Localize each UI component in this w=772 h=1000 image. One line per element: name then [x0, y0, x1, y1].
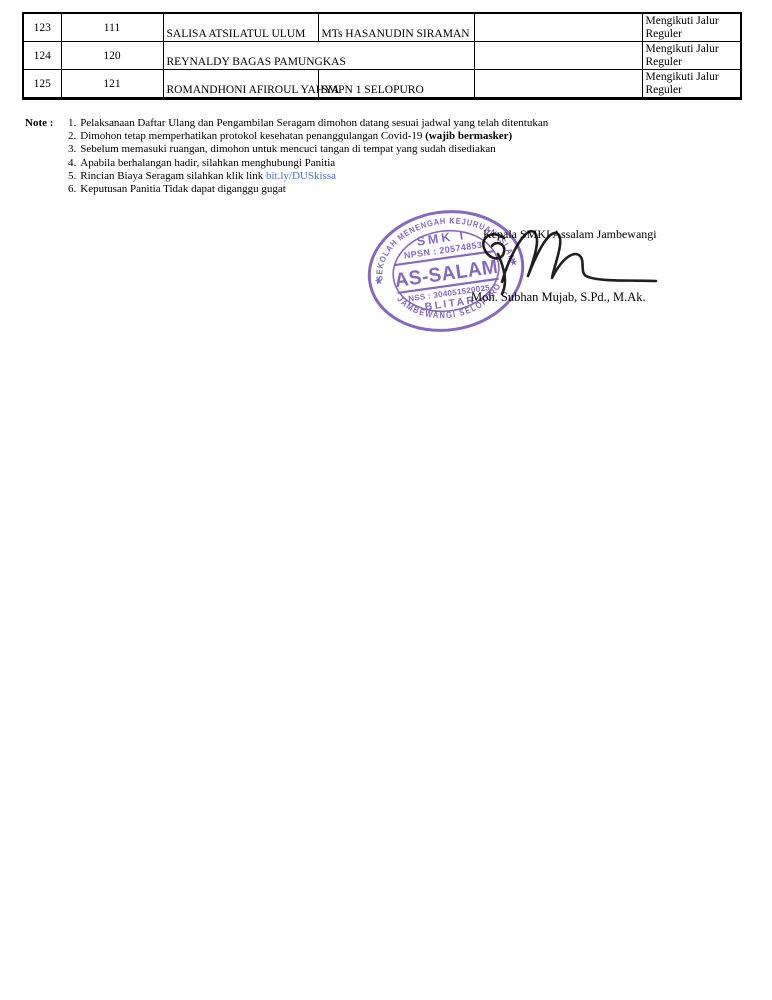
cell-blank	[474, 42, 642, 70]
note-number: 6.	[68, 183, 76, 196]
stamp-star-left-icon: ★	[374, 276, 384, 288]
document-page: 123 111 SALISA ATSILATUL ULUM MTs HASANU…	[0, 0, 772, 1000]
cell-student-name: SALISA ATSILATUL ULUM	[163, 13, 318, 42]
note-item: 6.Keputusan Panitia Tidak dapat diganggu…	[68, 183, 548, 196]
note-text-bold: (wajib bermasker)	[425, 130, 512, 143]
cell-row-number: 125	[23, 70, 61, 99]
note-text: Sebelum memasuki ruangan, dimohon untuk …	[80, 143, 495, 156]
table-row: 123 111 SALISA ATSILATUL ULUM MTs HASANU…	[23, 13, 741, 42]
note-item: 4.Apabila berhalangan hadir, silahkan me…	[68, 157, 548, 170]
note-item: 3.Sebelum memasuki ruangan, dimohon untu…	[68, 143, 548, 156]
note-number: 1.	[68, 117, 76, 130]
signature-ink	[468, 224, 668, 298]
cell-reg-number: 120	[61, 42, 163, 70]
cell-school: MTs HASANUDIN SIRAMAN	[318, 13, 474, 42]
cell-student-name: ROMANDHONI AFIROUL YAHYA	[163, 70, 318, 99]
student-roster-table: 123 111 SALISA ATSILATUL ULUM MTs HASANU…	[22, 12, 742, 100]
table-row: 125 121 ROMANDHONI AFIROUL YAHYA SMPN 1 …	[23, 70, 741, 99]
signature-stroke	[483, 231, 656, 294]
note-text: Apabila berhalangan hadir, silahkan meng…	[80, 157, 335, 170]
note-number: 5.	[68, 170, 76, 183]
note-text: Rincian Biaya Seragam silahkan klik link	[80, 170, 266, 183]
cell-reg-number: 121	[61, 70, 163, 99]
cell-row-number: 124	[23, 42, 61, 70]
seragam-cost-link[interactable]: bit.ly/DUSkissa	[266, 170, 336, 183]
cell-student-name: REYNALDY BAGAS PAMUNGKAS	[163, 42, 474, 70]
note-number: 3.	[68, 143, 76, 156]
cell-row-number: 123	[23, 13, 61, 42]
table-row: 124 120 REYNALDY BAGAS PAMUNGKAS Mengiku…	[23, 42, 741, 70]
note-text: Dimohon tetap memperhatikan protokol kes…	[80, 130, 425, 143]
note-item: 5.Rincian Biaya Seragam silahkan klik li…	[68, 170, 548, 183]
cell-blank	[474, 70, 642, 99]
note-text: Pelaksanaan Daftar Ulang dan Pengambilan…	[80, 117, 548, 130]
note-number: 2.	[68, 130, 76, 143]
cell-school: SMPN 1 SELOPURO	[318, 70, 474, 99]
notes-list: 1.Pelaksanaan Daftar Ulang dan Pengambil…	[68, 117, 548, 196]
cell-reg-number: 111	[61, 13, 163, 42]
note-number: 4.	[68, 157, 76, 170]
note-item: 1.Pelaksanaan Daftar Ulang dan Pengambil…	[68, 117, 548, 130]
notes-section: Note : 1.Pelaksanaan Daftar Ulang dan Pe…	[25, 117, 548, 196]
cell-status: Mengikuti Jalur Reguler	[642, 70, 741, 99]
cell-status: Mengikuti Jalur Reguler	[642, 13, 741, 42]
notes-label: Note :	[25, 117, 68, 196]
note-item: 2.Dimohon tetap memperhatikan protokol k…	[68, 130, 548, 143]
note-text: Keputusan Panitia Tidak dapat diganggu g…	[80, 183, 286, 196]
cell-status: Mengikuti Jalur Reguler	[642, 42, 741, 70]
cell-blank	[474, 13, 642, 42]
